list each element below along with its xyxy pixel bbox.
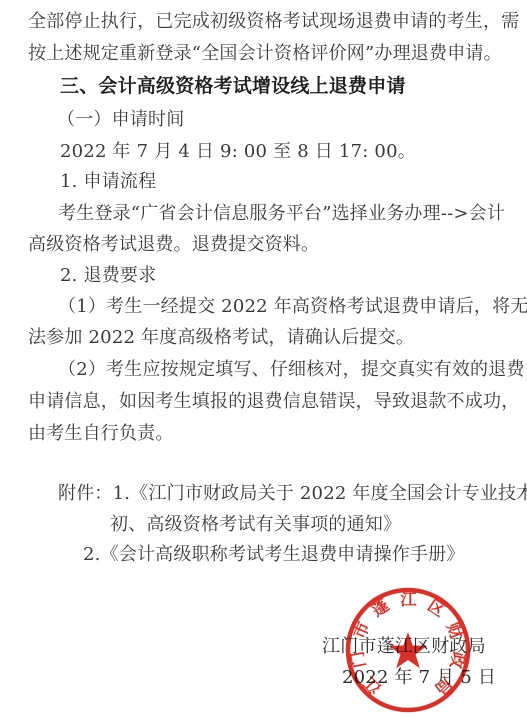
requirement-line: （1）考生一经提交 2022 年高资格考试退费申请后，将无 xyxy=(58,296,527,318)
attachment-line: 初、高级资格考试有关事项的通知》 xyxy=(110,514,401,536)
attachment-line: 附件：1.《江门市财政局关于 2022 年度全国会计专业技术 xyxy=(58,483,527,505)
apply-time-line: 2022 年 7 月 4 日 9: 00 至 8 日 17: 00。 xyxy=(60,141,416,163)
requirement-line: 由考生自行负责。 xyxy=(28,423,174,445)
process-line: 考生登录“广省会计信息服务平台”选择业务办理-->会计 xyxy=(58,203,505,225)
paragraph-line: 按上述规定重新登录“全国会计资格评价网”办理退费申请。 xyxy=(28,43,502,65)
attachment-line: 2.《会计高级职称考试考生退费申请操作手册》 xyxy=(83,544,465,566)
subsection-title: （一）申请时间 xyxy=(57,109,184,131)
paragraph-line: 全部停止执行，已完成初级资格考试现场退费申请的考生，需 xyxy=(28,11,519,33)
requirements-title: 2. 退费要求 xyxy=(60,265,156,287)
requirement-line: （2）考生应按规定填写、仔细核对，提交真实有效的退费 xyxy=(58,359,525,381)
requirement-line: 申请信息，如因考生填报的退费信息错误，导致退款不成功， xyxy=(28,391,519,413)
official-seal: 江门市蓬江区财政局 xyxy=(338,580,478,717)
section-heading: 三、会计高级资格考试增设线上退费申请 xyxy=(60,75,406,97)
star-icon xyxy=(389,632,427,668)
official-seal-graphic: 江门市蓬江区财政局 xyxy=(338,580,478,717)
process-title: 1. 申请流程 xyxy=(60,171,156,193)
process-line: 高级资格考试退费。退费提交资料。 xyxy=(28,234,319,256)
notice-document-page: 全部停止执行，已完成初级资格考试现场退费申请的考生，需 按上述规定重新登录“全国… xyxy=(0,0,527,717)
requirement-line: 法参加 2022 年度高级格考试，请确认后提交。 xyxy=(28,327,414,349)
